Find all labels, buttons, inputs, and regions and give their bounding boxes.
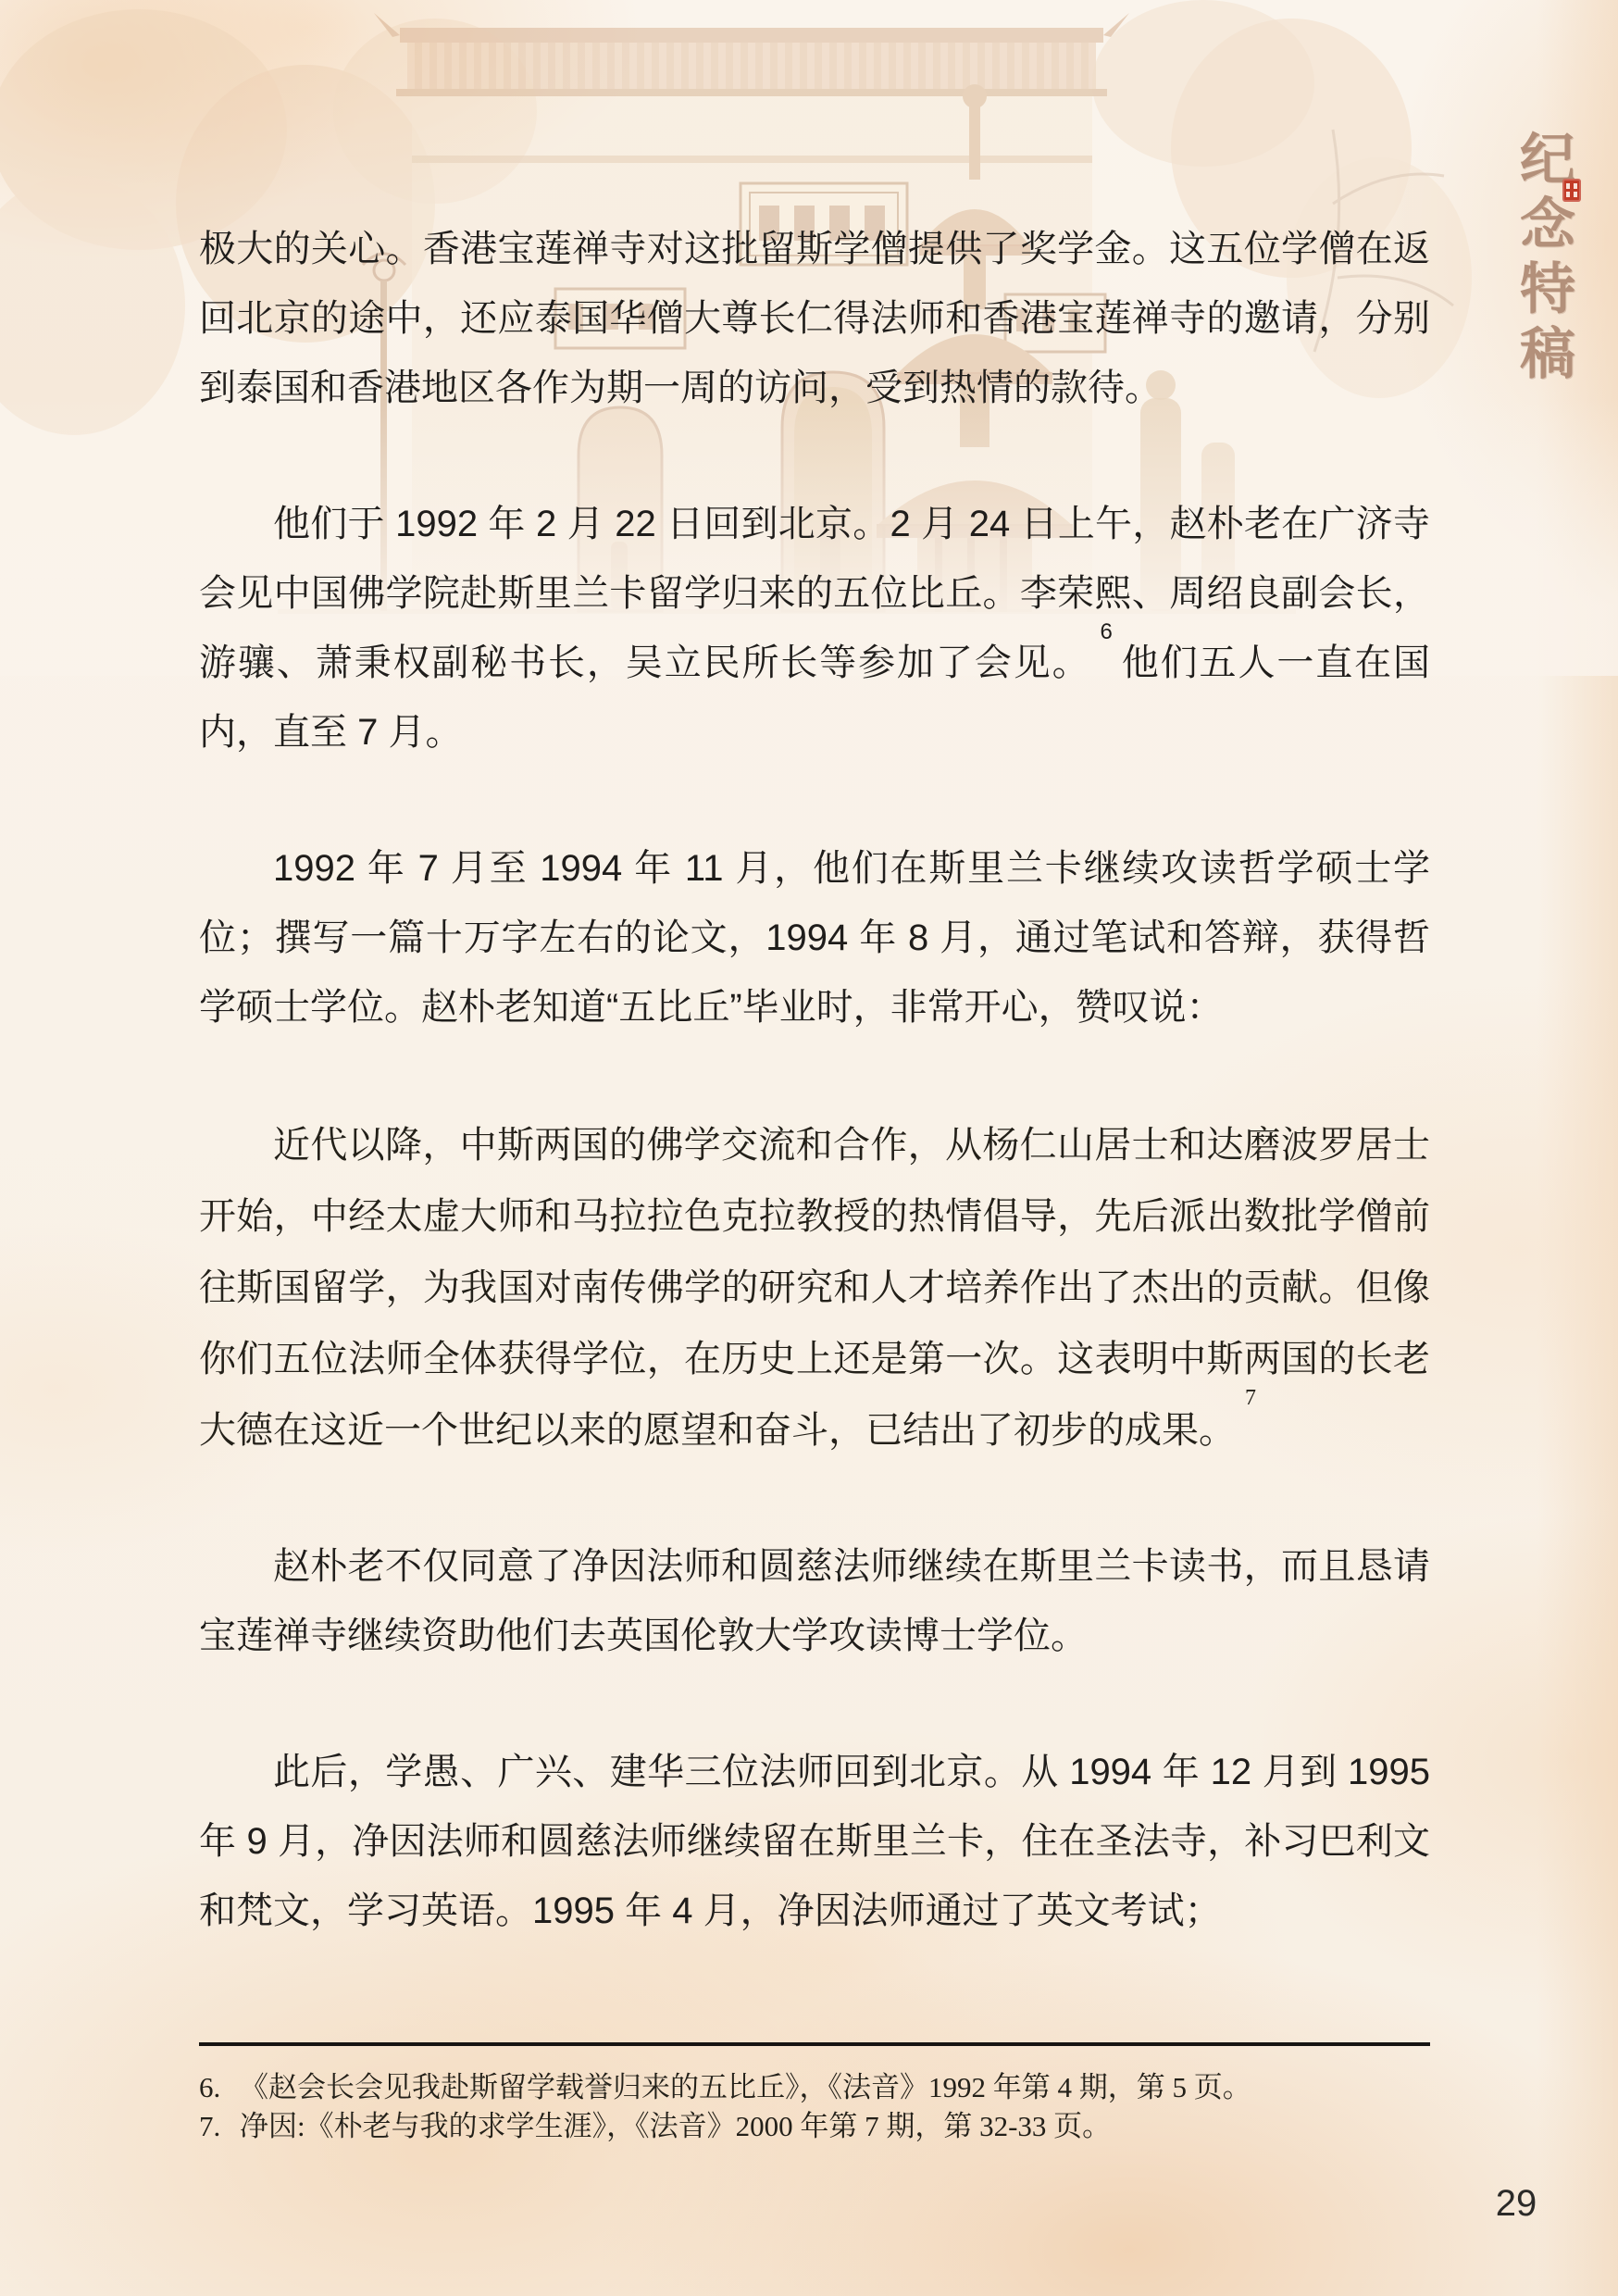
footnote-7-number: 7. [199, 2107, 240, 2146]
footnote-6: 6. 《赵会长会见我赴斯留学载誉归来的五比丘》，《法音》1992 年第 4 期，… [199, 2068, 1430, 2107]
paragraph-1: 极大的关心。香港宝莲禅寺对这批留斯学僧提供了奖学金。这五位学僧在返回北京的途中，… [199, 215, 1430, 423]
red-seal-icon [1562, 179, 1581, 202]
page-number: 29 [1479, 2183, 1553, 2225]
paragraph-3: 1992 年 7 月至 1994 年 11 月，他们在斯里兰卡继续攻读哲学硕士学… [199, 834, 1430, 1042]
paragraph-6: 此后，学愚、广兴、建华三位法师回到北京。从 1994 年 12 月到 1995 … [199, 1738, 1430, 1946]
footnote-divider [199, 2042, 1430, 2046]
article-body: 极大的关心。香港宝莲禅寺对这批留斯学僧提供了奖学金。这五位学僧在返回北京的途中，… [199, 215, 1430, 2013]
section-title-text: 纪念特稿 [1512, 130, 1574, 389]
section-title-vertical: 纪念特稿 [1503, 130, 1583, 426]
footnote-ref-6: 6 [1101, 619, 1113, 644]
footnotes-section: 6. 《赵会长会见我赴斯留学载誉归来的五比丘》，《法音》1992 年第 4 期，… [199, 2042, 1430, 2146]
footnote-ref-7: 7 [1245, 1386, 1256, 1410]
footnote-7: 7. 净因:《朴老与我的求学生涯》，《法音》2000 年第 7 期，第 32-3… [199, 2107, 1430, 2146]
quotation-block: 近代以降，中斯两国的佛学交流和合作，从杨仁山居士和达磨波罗居士开始，中经太虚大师… [199, 1109, 1430, 1466]
footnote-6-text: 《赵会长会见我赴斯留学载誉归来的五比丘》，《法音》1992 年第 4 期，第 5… [240, 2068, 1430, 2107]
paragraph-5: 赵朴老不仅同意了净因法师和圆慈法师继续在斯里兰卡读书，而且恳请宝莲禅寺继续资助他… [199, 1532, 1430, 1671]
footnote-7-text: 净因:《朴老与我的求学生涯》，《法音》2000 年第 7 期，第 32-33 页… [240, 2107, 1430, 2146]
paragraph-2: 他们于 1992 年 2 月 22 日回到北京。2 月 24 日上午，赵朴老在广… [199, 490, 1430, 767]
footnote-6-number: 6. [199, 2068, 240, 2107]
seal-glyph-marks [1566, 183, 1570, 189]
document-page: 纪念特稿 极大的关心。香港宝莲禅寺对这批留斯学僧提供了奖学金。这五位学僧在返回北… [0, 0, 1618, 2296]
